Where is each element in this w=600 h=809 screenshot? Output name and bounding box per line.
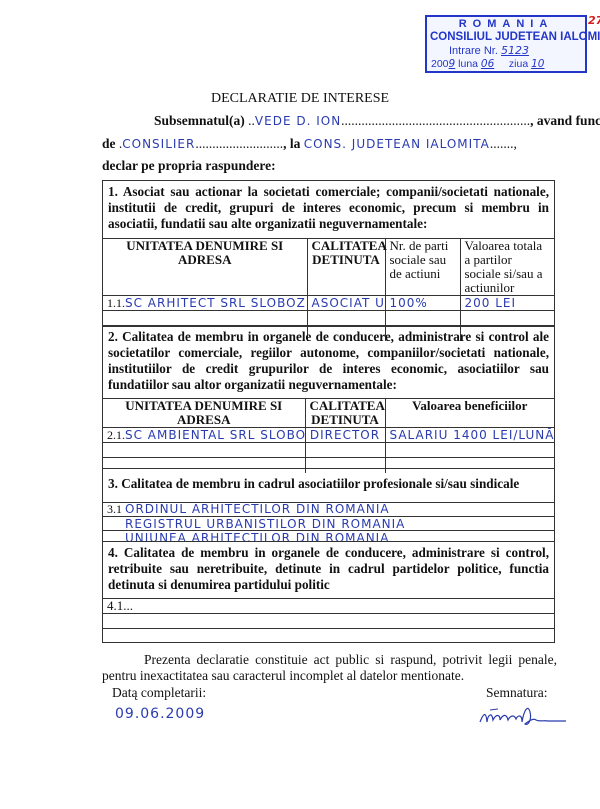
table-row: 1.1.SC ARHITECT SRL SLOBOZIA ASOCIAT UNI… <box>103 296 554 311</box>
signature-scribble-icon <box>478 700 568 730</box>
declare-text: declar pe propria raspundere: <box>102 158 276 174</box>
row-index: 2.1. <box>107 428 125 442</box>
stamp-entry: Intrare Nr. 5123 <box>449 44 529 57</box>
col-shares: Nr. de parti sociale sau de actiuni <box>385 239 460 296</box>
list-item: 3.1 ORDINUL ARHITECTILOR DIN ROMANIA <box>103 503 554 517</box>
stamp-month-label: luna <box>458 58 478 70</box>
list-item <box>103 629 554 643</box>
cell-role: ASOCIAT UNIC <box>307 296 385 311</box>
col-unit: UNITATEA DENUMIRE SI ADRESA <box>103 239 307 296</box>
date-value: 09.06.2009 <box>115 706 205 722</box>
stamp-year-prefix: 200 <box>431 58 449 70</box>
row-index: 1.1. <box>107 296 125 310</box>
signature <box>478 700 568 730</box>
date-label: Datą completarii: <box>112 685 206 701</box>
stamp-day: 10 <box>531 58 544 70</box>
function-label: , avand functia <box>530 113 600 128</box>
list-item <box>103 614 554 629</box>
unit-value: SC AMBIENTAL SRL SLOBOZIA <box>125 428 305 442</box>
col-unit: UNITATEA DENUMIRE SI ADRESA <box>103 399 305 428</box>
registration-stamp: ROMANIA CONSILIUL JUDETEAN IALOMITA Intr… <box>425 15 587 73</box>
stamp-month: 06 <box>481 58 494 70</box>
cell-role: DIRECTOR <box>305 428 385 443</box>
col-benefits: Valoarea beneficiilor <box>385 399 554 428</box>
association-name: ORDINUL ARHITECTILOR DIN ROMANIA <box>125 502 390 516</box>
section-2-heading: 2. Calitatea de membru in organele de co… <box>103 326 554 398</box>
list-item: REGISTRUL URBANISTILOR DIN ROMANIA <box>103 517 554 531</box>
section-4: 4. Calitatea de membru in organele de co… <box>102 541 555 643</box>
undersigned-name: VEDE D. ION <box>255 114 341 128</box>
col-role: CALITATEA DETINUTA <box>305 399 385 428</box>
cell-unit: 2.1.SC AMBIENTAL SRL SLOBOZIA <box>103 428 305 443</box>
function-line: de .CONSILIER..........................,… <box>102 136 517 152</box>
stamp-year-suffix: 9 <box>449 58 456 70</box>
section-2-table: UNITATEA DENUMIRE SI ADRESA CALITATEA DE… <box>103 398 554 473</box>
signature-label: Semnatura: <box>486 685 547 701</box>
cell-unit <box>103 443 305 458</box>
stamp-entry-number: 5123 <box>501 44 529 57</box>
unit-value: SC ARHITECT SRL SLOBOZIA <box>125 296 307 310</box>
cell-role <box>305 443 385 458</box>
table-row: 2.1.SC AMBIENTAL SRL SLOBOZIA DIRECTOR S… <box>103 428 554 443</box>
stamp-date: 2009 luna 06 ziua 10 <box>431 58 544 70</box>
col-role: CALITATEA DETINUTA <box>307 239 385 296</box>
stamp-country: ROMANIA <box>427 18 585 30</box>
stamp-institution: CONSILIUL JUDETEAN IALOMITA <box>430 31 600 43</box>
section-1-heading: 1. Asociat sau actionar la societati com… <box>103 181 554 238</box>
stamp-day-label: ziua <box>509 58 528 70</box>
at-label: , la <box>283 136 300 151</box>
cell-unit: 1.1.SC ARHITECT SRL SLOBOZIA <box>103 296 307 311</box>
cell-shares: 100% <box>385 296 460 311</box>
section-1: 1. Asociat sau actionar la societati com… <box>102 180 555 326</box>
page-mark: 27 <box>588 14 600 27</box>
function-value: CONSILIER <box>122 137 195 151</box>
stamp-entry-label: Intrare Nr. <box>449 45 498 57</box>
cell-benefits: SALARIU 1400 LEI/LUNĂ <box>385 428 554 443</box>
section-4-heading: 4. Calitatea de membru in organele de co… <box>103 542 554 599</box>
section-3-heading: 3. Calitatea de membru in cadrul asociat… <box>103 469 554 503</box>
association-name: REGISTRUL URBANISTILOR DIN ROMANIA <box>125 517 405 531</box>
row-index: 3.1 <box>107 502 122 516</box>
institution-value: CONS. JUDETEAN IALOMITA <box>304 137 490 151</box>
section-2: 2. Calitatea de membru in organele de co… <box>102 325 555 469</box>
section-3: 3. Calitatea de membru in cadrul asociat… <box>102 468 555 542</box>
de-label: de <box>102 136 116 151</box>
undersigned-line: Subsemnatul(a) ..VEDE D. ION............… <box>154 113 600 129</box>
table-row <box>103 443 554 458</box>
cell-benefits <box>385 443 554 458</box>
col-value: Valoarea totala a partilor sociale si/sa… <box>460 239 554 296</box>
list-item: 4.1... <box>103 599 554 614</box>
document-title: DECLARATIE DE INTERESE <box>0 91 600 107</box>
undersigned-label: Subsemnatul(a) <box>154 113 245 128</box>
cell-value: 200 LEI <box>460 296 554 311</box>
legal-statement: Prezenta declaratie constituie act publi… <box>102 652 557 684</box>
